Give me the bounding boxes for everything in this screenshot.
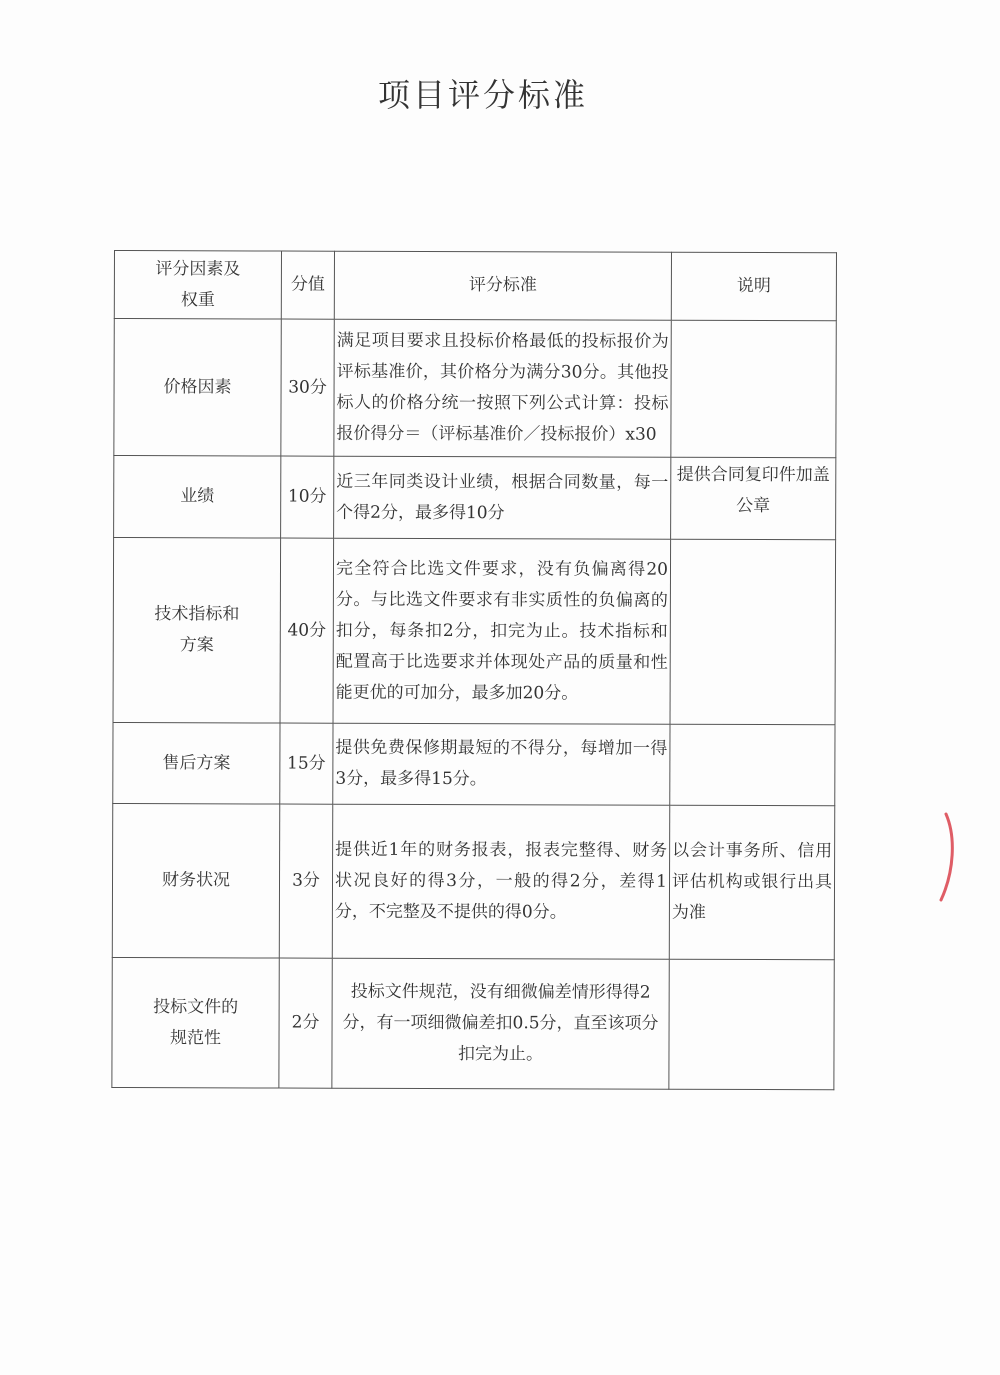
row-note bbox=[670, 539, 836, 725]
row-factor: 投标文件的 规范性 bbox=[112, 957, 279, 1088]
table-row: 售后方案 15分 提供免费保修期最短的不得分，每增加一得3分，最多得15分。 bbox=[113, 722, 835, 805]
header-note: 说明 bbox=[671, 252, 836, 321]
row-criteria: 满足项目要求且投标价格最低的投标报价为评标基准价，其价格分为满分30分。其他投标… bbox=[334, 319, 671, 457]
row-score: 40分 bbox=[280, 538, 334, 723]
row-score: 2分 bbox=[279, 958, 332, 1088]
header-factor-line1: 评分因素及 bbox=[117, 254, 279, 286]
header-factor: 评分因素及 权重 bbox=[114, 251, 281, 320]
row-factor: 售后方案 bbox=[113, 722, 280, 804]
row-note: 提供合同复印件加盖公章 bbox=[671, 457, 836, 540]
row-criteria: 提供近1年的财务报表，报表完整得、财务状况良好的得3分，一般的得2分，差得1分，… bbox=[332, 804, 669, 959]
table-row: 价格因素 30分 满足项目要求且投标价格最低的投标报价为评标基准价，其价格分为满… bbox=[114, 319, 836, 458]
row-criteria: 近三年同类设计业绩，根据合同数量，每一个得2分，最多得10分 bbox=[334, 456, 671, 539]
factor-text: 规范性 bbox=[114, 1023, 276, 1055]
table-header-row: 评分因素及 权重 分值 评分标准 说明 bbox=[114, 251, 836, 321]
row-criteria: 提供免费保修期最短的不得分，每增加一得3分，最多得15分。 bbox=[333, 723, 670, 805]
row-note bbox=[671, 320, 836, 458]
header-criteria: 评分标准 bbox=[334, 251, 671, 320]
row-score: 10分 bbox=[281, 456, 334, 538]
row-criteria: 投标文件规范，没有细微偏差情形得得2分，有一项细微偏差扣0.5分，直至该项分扣完… bbox=[332, 958, 669, 1089]
table-row: 技术指标和 方案 40分 完全符合比选文件要求，没有负偏离得20分。与比选文件要… bbox=[113, 538, 836, 725]
table-row: 财务状况 3分 提供近1年的财务报表，报表完整得、财务状况良好的得3分，一般的得… bbox=[112, 803, 834, 959]
factor-text: 技术指标和 bbox=[116, 599, 278, 631]
row-factor: 财务状况 bbox=[112, 803, 279, 958]
header-score: 分值 bbox=[281, 251, 334, 319]
header-factor-line2: 权重 bbox=[117, 285, 279, 317]
factor-text: 售后方案 bbox=[115, 748, 277, 780]
factor-text: 财务状况 bbox=[115, 865, 277, 897]
row-criteria: 完全符合比选文件要求，没有负偏离得20分。与比选文件要求有非实质性的负偏离的扣分… bbox=[333, 538, 671, 724]
row-factor: 技术指标和 方案 bbox=[113, 538, 281, 724]
row-note bbox=[669, 959, 834, 1090]
table-row: 业绩 10分 近三年同类设计业绩，根据合同数量，每一个得2分，最多得10分 提供… bbox=[114, 456, 836, 540]
table-row: 投标文件的 规范性 2分 投标文件规范，没有细微偏差情形得得2分，有一项细微偏差… bbox=[112, 957, 834, 1089]
row-note: 以会计事务所、信用评估机构或银行出具为准 bbox=[669, 805, 834, 960]
factor-text: 投标文件的 bbox=[115, 992, 277, 1024]
scoring-criteria-table: 评分因素及 权重 分值 评分标准 说明 价格因素 30分 满足项目要求且投标价格… bbox=[111, 250, 837, 1090]
row-score: 3分 bbox=[279, 804, 332, 958]
red-stamp-arc-icon bbox=[938, 812, 968, 902]
factor-text: 价格因素 bbox=[117, 372, 279, 404]
row-factor: 业绩 bbox=[114, 456, 281, 539]
factor-text: 方案 bbox=[116, 630, 278, 662]
row-note bbox=[670, 724, 835, 806]
document-title: 项目评分标准 bbox=[0, 70, 966, 116]
row-score: 15分 bbox=[280, 723, 333, 804]
factor-text: 业绩 bbox=[116, 481, 278, 513]
row-score: 30分 bbox=[281, 319, 334, 456]
row-factor: 价格因素 bbox=[114, 319, 281, 457]
